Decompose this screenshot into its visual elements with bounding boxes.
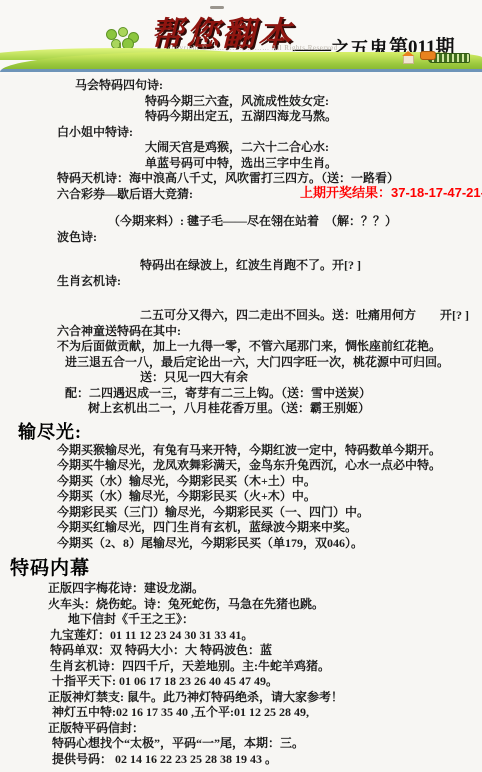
text-line: 进三退五合一八，最后定论出一六，大门四字旺一次，桃花源中可归回。 [65, 355, 482, 371]
text-line-label: 今期买猴输尽光，有兔有马来开特，今期红波一定中，特码数单今期开。 [57, 443, 441, 457]
text-line-label: 特码今期出定五，五湖四海龙马熬。 [145, 109, 337, 123]
text-line: 今期买红输尽光，四门生肖有玄机，蓝绿波今期来中奖。 [57, 520, 482, 536]
text-line: 六合神童送特码在其中: [57, 324, 482, 340]
text-line-label: 正版神灯禁支: 鼠牛。此乃神灯特码绝杀，请大家参考！ [48, 690, 343, 704]
text-line: 正版神灯禁支: 鼠牛。此乃神灯特码绝杀，请大家参考！ [48, 690, 482, 706]
section-heading-shu-jin-guang: 输尽光: [18, 421, 482, 443]
text-line: 今期买（2、8）尾输尽光，今期彩民买（单179，双046）。 [57, 536, 482, 552]
text-line-label: 进三退五合一八，最后定论出一六，大门四字旺一次，桃花源中可归回。 [65, 355, 449, 369]
text-line: 十指平天下: 01 06 17 18 23 26 40 45 47 49。 [52, 674, 482, 690]
text-line-label: 六合神童送特码在其中: [57, 324, 181, 338]
text-line-label: 十指平天下: 01 06 17 18 23 26 40 45 47 49。 [52, 674, 278, 688]
last-draw-result: 上期开奖结果：37-18-17-47-21-23 特25 [300, 185, 482, 201]
text-line-label: 今期买（水）输尽光，今期彩民买（木+土）中。 [57, 474, 316, 488]
text-line: 马会特码四句诗: [75, 78, 482, 94]
text-line: 生肖玄机诗: [57, 274, 482, 290]
text-line-label: 树上玄机出二一，八月桂花香万里。（送：霸王别姬） [88, 401, 370, 415]
text-line: 不为后面做贡献，加上一九得一零，不管六尾那门来，惆怅座前红花艳。 [57, 339, 482, 355]
text-line-label: 马会特码四句诗: [75, 78, 163, 92]
text-line: 今期买（水）输尽光，今期彩民买（火+木）中。 [57, 489, 482, 505]
text-line: 单蓝号码可中特，选出三字中生肖。 [145, 156, 482, 172]
text-line: 六合彩券—歇后语大竞猜:上期开奖结果：37-18-17-47-21-23 特25 [57, 187, 482, 203]
text-line-label: 火车头：烧伤蛇。诗：兔死蛇伤，马急在先猪也跳。 [48, 597, 324, 611]
text-line: 二五可分又得六，四二走出不回头。送：吐痛用何方 开[? ] [140, 308, 482, 324]
text-line: 神灯五中特:02 16 17 35 40 ,五个平:01 12 25 28 49… [52, 705, 482, 721]
content: 马会特码四句诗:特码今期三六查，风流成性妓女定:特码今期出定五，五湖四海龙马熬。… [0, 75, 482, 767]
text-line: 波色诗: [57, 230, 482, 246]
text-line: 今期买猴输尽光，有兔有马来开特，今期红波一定中，特码数单今期开。 [57, 443, 482, 459]
text-line-label: 特码单双：双 特码大小：大 特码波色：蓝 [50, 643, 272, 657]
text-line-label: 大闹天宫是鸡猴，二六十二合心水: [145, 140, 329, 154]
text-line-label: 单蓝号码可中特，选出三字中生肖。 [145, 156, 337, 170]
text-line-label: 波色诗: [57, 230, 97, 244]
text-line: 九宝莲灯：01 11 12 23 24 30 31 33 41。 [50, 628, 482, 644]
text-line-label: 白小姐中特诗: [57, 125, 133, 139]
text-line: 送：只见一四大有余 [140, 370, 482, 386]
text-line: 提供号码： 02 14 16 22 23 25 28 38 19 43 。 [52, 752, 482, 768]
text-line-label: 送：只见一四大有余 [140, 370, 248, 384]
text-line: 特码今期出定五，五湖四海龙马熬。 [145, 109, 482, 125]
text-line-label: 生肖玄机诗：四四千斤，天差地别。主:牛蛇羊鸡猪。 [50, 659, 330, 673]
text-line-label: （今期来料）: 毽子毛——尽在翎在站着 （解：？？） [108, 214, 397, 228]
text-line-label: 今期买（水）输尽光，今期彩民买（火+木）中。 [57, 489, 316, 503]
text-line: 今期彩民买（三门）输尽光，今期彩民买（一、四门）中。 [57, 505, 482, 521]
text-line-label: 六合彩券—歇后语大竞猜: [57, 187, 193, 201]
text-line-label: 今期买（2、8）尾输尽光，今期彩民买（单179，双046）。 [57, 536, 363, 550]
text-line-label: 生肖玄机诗: [57, 274, 121, 288]
text-line-label: 特码今期三六查，风流成性妓女定: [145, 94, 329, 108]
text-line-label: 特码天机诗：海中浪高八千丈，风吹雷打三四方。（送：一路看） [57, 171, 399, 185]
text-line-label: 地下信封《千王之王》： [68, 612, 194, 626]
text-line: 特码心想找个“太极”，平码“一”尾，本期：三。 [52, 736, 482, 752]
text-line: 配：二四遇迟成一三，寄芽有二三上钩。（送：雪中送炭） [65, 386, 482, 402]
text-line-label: 二五可分又得六，四二走出不回头。送：吐痛用何方 开[? ] [140, 308, 469, 322]
section-heading-te-ma-nei-mu: 特码内幕 [10, 557, 482, 581]
text-line-label: 特码出在绿波上，红波生肖跑不了。开[? ] [140, 258, 361, 272]
text-line: （今期来料）: 毽子毛——尽在翎在站着 （解：？？） [108, 214, 482, 230]
text-line: 生肖玄机诗：四四千斤，天差地别。主:牛蛇羊鸡猪。 [50, 659, 482, 675]
text-line-label: 特码心想找个“太极”，平码“一”尾，本期：三。 [52, 736, 304, 750]
text-line-label: 提供号码： 02 14 16 22 23 25 28 38 19 43 。 [52, 752, 277, 766]
house-icon [403, 55, 414, 64]
text-line: 地下信封《千王之王》： [68, 612, 482, 628]
text-line: 正版特平码信封： [48, 721, 482, 737]
text-line: 大闹天宫是鸡猴，二六十二合心水: [145, 140, 482, 156]
text-line-label: 今期买红输尽光，四门生肖有玄机，蓝绿波今期来中奖。 [57, 520, 357, 534]
text-line-label: 正版四字梅花诗：建设龙湖。 [48, 581, 204, 595]
text-line-label: 今期买牛输尽光，龙凤欢舞彩满天，金鸟东升兔西沉，心水一点必中特。 [57, 458, 441, 472]
text-line: 树上玄机出二一，八月桂花香万里。（送：霸王别姬） [88, 401, 482, 417]
text-line: 特码今期三六查，风流成性妓女定: [145, 94, 482, 110]
text-line-label: 九宝莲灯：01 11 12 23 24 30 31 33 41。 [50, 628, 253, 642]
text-line: 正版四字梅花诗：建设龙湖。 [48, 581, 482, 597]
text-line-label: 正版特平码信封： [48, 721, 144, 735]
text-line-label: 今期彩民买（三门）输尽光，今期彩民买（一、四门）中。 [57, 505, 369, 519]
page-header: 帮您翻本 ——之五鬼 第011期 copyright © …………………… Al… [0, 0, 482, 75]
text-line: 特码出在绿波上，红波生肖跑不了。开[? ] [140, 258, 482, 274]
text-line-label: 配：二四遇迟成一三，寄芽有二三上钩。（送：雪中送炭） [65, 386, 371, 400]
text-line: 今期买（水）输尽光，今期彩民买（木+土）中。 [57, 474, 482, 490]
text-line: 火车头：烧伤蛇。诗：兔死蛇伤，马急在先猪也跳。 [48, 597, 482, 613]
text-line-label: 不为后面做贡献，加上一九得一零，不管六尾那门来，惆怅座前红花艳。 [57, 339, 441, 353]
text-line-label: 神灯五中特:02 16 17 35 40 ,五个平:01 12 25 28 49… [52, 705, 309, 719]
text-line: 今期买牛输尽光，龙凤欢舞彩满天，金鸟东升兔西沉，心水一点必中特。 [57, 458, 482, 474]
text-line: 白小姐中特诗: [57, 125, 482, 141]
text-line: 特码单双：双 特码大小：大 特码波色：蓝 [50, 643, 482, 659]
train-icon [418, 51, 470, 61]
